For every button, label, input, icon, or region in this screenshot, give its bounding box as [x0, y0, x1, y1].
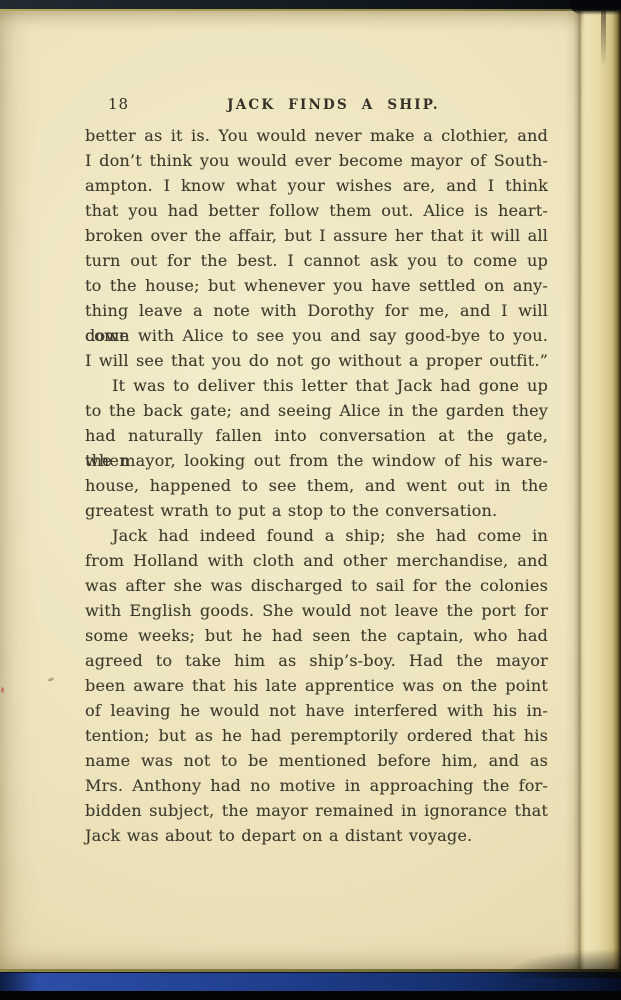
- text-line: turn out for the best. I cannot ask you …: [85, 248, 548, 273]
- text-line: with English goods. She would not leave …: [85, 598, 548, 623]
- text-line: better as it is. You would never make a …: [85, 123, 548, 148]
- bottom-right-page-curl-shadow: [501, 948, 621, 978]
- text-line: to the house; but whenever you have sett…: [85, 273, 548, 298]
- book-cover-bottom-black-edge: [0, 991, 621, 1000]
- scanned-book-page: 18 JACK FINDS A SHIP. better as it is. Y…: [0, 0, 621, 1000]
- text-line: been aware that his late apprentice was …: [85, 673, 548, 698]
- paragraph: It was to deliver this letter that Jack …: [85, 373, 548, 523]
- book-cover-top-right-corner: [569, 0, 621, 15]
- text-line: thing leave a note with Dorothy for me, …: [85, 298, 548, 323]
- text-line: agreed to take him as ship’s-boy. Had th…: [85, 648, 548, 673]
- text-line: broken over the affair, but I assure her…: [85, 223, 548, 248]
- book-cover-top-edge: [0, 0, 621, 9]
- running-header: 18 JACK FINDS A SHIP.: [0, 95, 621, 117]
- text-line: bidden subject, the mayor remained in ig…: [85, 798, 548, 823]
- text-line: to the back gate; and seeing Alice in th…: [85, 398, 548, 423]
- running-header-title: JACK FINDS A SHIP.: [102, 97, 565, 113]
- text-line: Jack was about to depart on a distant vo…: [85, 823, 548, 848]
- text-line: I don’t think you would ever become mayo…: [85, 148, 548, 173]
- page-gap-shadow: [601, 9, 606, 67]
- text-line: the mayor, looking out from the window o…: [85, 448, 548, 473]
- text-line: of leaving he would not have interfered …: [85, 698, 548, 723]
- paragraph: Jack had indeed found a ship; she had co…: [85, 523, 548, 848]
- text-line: that you had better follow them out. Ali…: [85, 198, 548, 223]
- text-line: had naturally fallen into conversation a…: [85, 423, 548, 448]
- text-line: was after she was discharged to sail for…: [85, 573, 548, 598]
- text-line: It was to deliver this letter that Jack …: [85, 373, 548, 398]
- text-line: down with Alice to see you and say good-…: [85, 323, 548, 348]
- text-line: house, happened to see them, and went ou…: [85, 473, 548, 498]
- book-paper-page: 18 JACK FINDS A SHIP. better as it is. Y…: [0, 11, 621, 970]
- text-line: from Holland with cloth and other mercha…: [85, 548, 548, 573]
- text-line: Mrs. Anthony had no motive in approachin…: [85, 773, 548, 798]
- text-line: name was not to be mentioned before him,…: [85, 748, 548, 773]
- text-line: I will see that you do not go without a …: [85, 348, 548, 373]
- text-line: some weeks; but he had seen the captain,…: [85, 623, 548, 648]
- paragraph: better as it is. You would never make a …: [85, 123, 548, 373]
- cover-gilt-line-top: [0, 9, 621, 11]
- text-line: ampton. I know what your wishes are, and…: [85, 173, 548, 198]
- text-line: tention; but as he had peremptorily orde…: [85, 723, 548, 748]
- text-block: better as it is. You would never make a …: [85, 123, 548, 848]
- paper-speck-red: [1, 687, 4, 693]
- paper-speck: [48, 677, 55, 682]
- text-line: greatest wrath to put a stop to the conv…: [85, 498, 548, 523]
- page-fore-edge: [565, 11, 621, 970]
- text-line: Jack had indeed found a ship; she had co…: [85, 523, 548, 548]
